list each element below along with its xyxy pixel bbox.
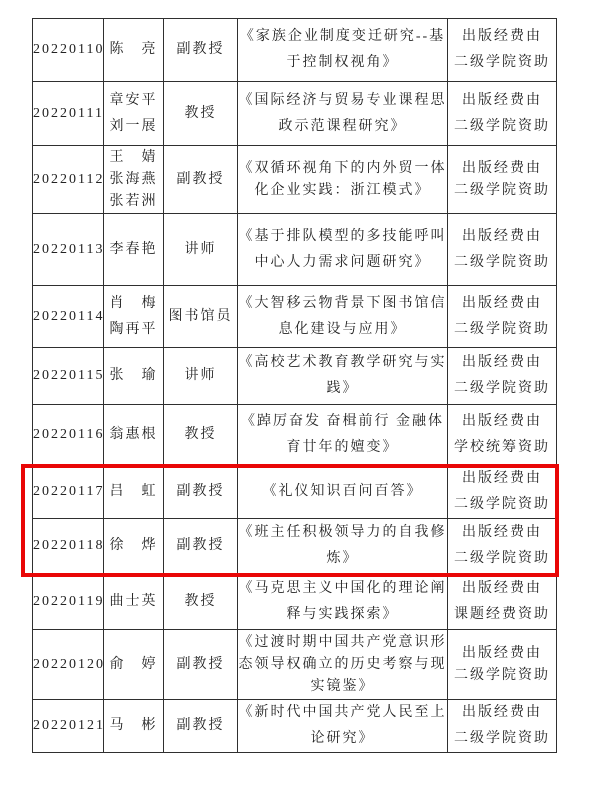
cell-funding-source: 出版经费由二级学院资助 [448, 19, 557, 82]
funding-source-line: 二级学院资助 [448, 114, 556, 140]
book-title-line: 释与实践探索》 [238, 602, 447, 628]
cell-serial-number: 20220112 [33, 146, 104, 214]
cell-serial-number: 20220119 [33, 574, 104, 630]
table-row: 20220112王 婧张海燕张若洲副教授《双循环视角下的内外贸一体化企业实践：浙… [33, 146, 557, 214]
book-title-line: 《高校艺术教育教学研究与实 [238, 350, 447, 376]
funding-source-line: 二级学院资助 [448, 317, 556, 343]
book-title-line: 践》 [238, 376, 447, 402]
document-page: 20220110陈 亮副教授《家族企业制度变迁研究--基于控制权视角》出版经费由… [0, 0, 593, 797]
book-title-line: 《过渡时期中国共产党意识形 [238, 632, 447, 654]
cell-author-rank: 教授 [164, 405, 238, 466]
book-title-line: 息化建设与应用》 [238, 317, 447, 343]
author-name-line: 章安平 [104, 88, 163, 114]
author-name-line: 张 瑜 [104, 363, 163, 389]
cell-author-rank: 图书馆员 [164, 286, 238, 348]
cell-author-name: 王 婧张海燕张若洲 [104, 146, 164, 214]
cell-author-rank: 教授 [164, 574, 238, 630]
cell-serial-number: 20220110 [33, 19, 104, 82]
author-name-line: 徐 烨 [104, 533, 163, 559]
cell-serial-number: 20220121 [33, 700, 104, 753]
book-title-line: 态领导权确立的历史考察与现 [238, 654, 447, 676]
cell-author-rank: 副教授 [164, 519, 238, 574]
table-row: 20220120俞 婷副教授《过渡时期中国共产党意识形态领导权确立的历史考察与现… [33, 630, 557, 700]
cell-author-rank: 讲师 [164, 348, 238, 405]
cell-book-title: 《基于排队模型的多技能呼叫中心人力需求问题研究》 [238, 214, 448, 286]
cell-serial-number: 20220113 [33, 214, 104, 286]
cell-serial-number: 20220111 [33, 82, 104, 146]
funding-source-line: 出版经费由 [448, 291, 556, 317]
book-title-line: 《双循环视角下的内外贸一体 [238, 158, 447, 180]
book-title-line: 炼》 [238, 546, 447, 572]
cell-funding-source: 出版经费由二级学院资助 [448, 82, 557, 146]
table-row: 20220115张 瑜讲师《高校艺术教育教学研究与实践》出版经费由二级学院资助 [33, 348, 557, 405]
funding-source-line: 出版经费由 [448, 350, 556, 376]
cell-book-title: 《家族企业制度变迁研究--基于控制权视角》 [238, 19, 448, 82]
cell-funding-source: 出版经费由二级学院资助 [448, 348, 557, 405]
book-title-line: 政示范课程研究》 [238, 114, 447, 140]
book-title-line: 化企业实践：浙江模式》 [238, 180, 447, 202]
cell-book-title: 《高校艺术教育教学研究与实践》 [238, 348, 448, 405]
funding-source-line: 二级学院资助 [448, 726, 556, 752]
cell-funding-source: 出版经费由二级学院资助 [448, 519, 557, 574]
cell-serial-number: 20220116 [33, 405, 104, 466]
cell-funding-source: 出版经费由二级学院资助 [448, 286, 557, 348]
author-name-line: 张海燕 [104, 169, 163, 191]
cell-serial-number: 20220115 [33, 348, 104, 405]
cell-author-name: 李春艳 [104, 214, 164, 286]
cell-serial-number: 20220114 [33, 286, 104, 348]
book-title-line: 于控制权视角》 [238, 50, 447, 76]
funding-source-line: 二级学院资助 [448, 665, 556, 687]
book-title-line: 《马克思主义中国化的理论阐 [238, 576, 447, 602]
author-name-line: 王 婧 [104, 147, 163, 169]
book-title-line: 《踔厉奋发 奋楫前行 金融体 [238, 409, 447, 435]
funding-source-line: 出版经费由 [448, 643, 556, 665]
author-name-line: 刘一展 [104, 114, 163, 140]
funding-source-line: 出版经费由 [448, 466, 556, 492]
funding-source-line: 出版经费由 [448, 576, 556, 602]
funding-source-line: 学校统筹资助 [448, 435, 556, 461]
cell-book-title: 《双循环视角下的内外贸一体化企业实践：浙江模式》 [238, 146, 448, 214]
cell-serial-number: 20220117 [33, 466, 104, 519]
cell-book-title: 《新时代中国共产党人民至上论研究》 [238, 700, 448, 753]
funding-source-line: 二级学院资助 [448, 546, 556, 572]
author-name-line: 张若洲 [104, 191, 163, 213]
book-title-line: 《新时代中国共产党人民至上 [238, 700, 447, 726]
cell-book-title: 《班主任积极领导力的自我修炼》 [238, 519, 448, 574]
book-title-line: 论研究》 [238, 726, 447, 752]
cell-book-title: 《国际经济与贸易专业课程思政示范课程研究》 [238, 82, 448, 146]
publications-table-body: 20220110陈 亮副教授《家族企业制度变迁研究--基于控制权视角》出版经费由… [33, 19, 557, 753]
author-name-line: 肖 梅 [104, 291, 163, 317]
book-title-line: 中心人力需求问题研究》 [238, 250, 447, 276]
cell-funding-source: 出版经费由二级学院资助 [448, 466, 557, 519]
cell-author-rank: 副教授 [164, 146, 238, 214]
cell-book-title: 《马克思主义中国化的理论阐释与实践探索》 [238, 574, 448, 630]
cell-author-name: 马 彬 [104, 700, 164, 753]
cell-funding-source: 出版经费由二级学院资助 [448, 146, 557, 214]
book-title-line: 《大智移云物背景下图书馆信 [238, 291, 447, 317]
cell-funding-source: 出版经费由二级学院资助 [448, 700, 557, 753]
author-name-line: 陶再平 [104, 317, 163, 343]
table-row: 20220114肖 梅陶再平图书馆员《大智移云物背景下图书馆信息化建设与应用》出… [33, 286, 557, 348]
funding-source-line: 课题经费资助 [448, 602, 556, 628]
publications-table: 20220110陈 亮副教授《家族企业制度变迁研究--基于控制权视角》出版经费由… [32, 18, 557, 753]
book-title-line: 实镜鉴》 [238, 676, 447, 698]
cell-funding-source: 出版经费由二级学院资助 [448, 630, 557, 700]
cell-author-name: 吕 虹 [104, 466, 164, 519]
cell-author-rank: 副教授 [164, 19, 238, 82]
cell-author-name: 章安平刘一展 [104, 82, 164, 146]
funding-source-line: 二级学院资助 [448, 50, 556, 76]
author-name-line: 陈 亮 [104, 37, 163, 63]
cell-author-name: 曲士英 [104, 574, 164, 630]
table-row: 20220119曲士英教授《马克思主义中国化的理论阐释与实践探索》出版经费由课题… [33, 574, 557, 630]
author-name-line: 马 彬 [104, 713, 163, 739]
cell-author-name: 徐 烨 [104, 519, 164, 574]
table-row: 20220111章安平刘一展教授《国际经济与贸易专业课程思政示范课程研究》出版经… [33, 82, 557, 146]
table-row: 20220121马 彬副教授《新时代中国共产党人民至上论研究》出版经费由二级学院… [33, 700, 557, 753]
funding-source-line: 二级学院资助 [448, 250, 556, 276]
funding-source-line: 出版经费由 [448, 158, 556, 180]
funding-source-line: 出版经费由 [448, 700, 556, 726]
funding-source-line: 出版经费由 [448, 409, 556, 435]
table-row: 20220118徐 烨副教授《班主任积极领导力的自我修炼》出版经费由二级学院资助 [33, 519, 557, 574]
cell-funding-source: 出版经费由二级学院资助 [448, 214, 557, 286]
cell-funding-source: 出版经费由课题经费资助 [448, 574, 557, 630]
funding-source-line: 出版经费由 [448, 88, 556, 114]
author-name-line: 翁惠根 [104, 422, 163, 448]
book-title-line: 《礼仪知识百问百答》 [238, 479, 447, 505]
cell-author-rank: 副教授 [164, 630, 238, 700]
cell-serial-number: 20220118 [33, 519, 104, 574]
book-title-line: 《基于排队模型的多技能呼叫 [238, 224, 447, 250]
cell-author-name: 陈 亮 [104, 19, 164, 82]
table-row: 20220117吕 虹副教授《礼仪知识百问百答》出版经费由二级学院资助 [33, 466, 557, 519]
cell-book-title: 《过渡时期中国共产党意识形态领导权确立的历史考察与现实镜鉴》 [238, 630, 448, 700]
cell-serial-number: 20220120 [33, 630, 104, 700]
cell-book-title: 《大智移云物背景下图书馆信息化建设与应用》 [238, 286, 448, 348]
funding-source-line: 出版经费由 [448, 224, 556, 250]
cell-author-name: 张 瑜 [104, 348, 164, 405]
book-title-line: 《班主任积极领导力的自我修 [238, 520, 447, 546]
book-title-line: 《家族企业制度变迁研究--基 [238, 24, 447, 50]
funding-source-line: 二级学院资助 [448, 492, 556, 518]
cell-author-rank: 教授 [164, 82, 238, 146]
cell-book-title: 《踔厉奋发 奋楫前行 金融体育廿年的嬗变》 [238, 405, 448, 466]
cell-author-rank: 副教授 [164, 466, 238, 519]
cell-author-rank: 讲师 [164, 214, 238, 286]
cell-author-name: 肖 梅陶再平 [104, 286, 164, 348]
book-title-line: 《国际经济与贸易专业课程思 [238, 88, 447, 114]
author-name-line: 曲士英 [104, 589, 163, 615]
funding-source-line: 出版经费由 [448, 520, 556, 546]
cell-author-name: 翁惠根 [104, 405, 164, 466]
cell-author-name: 俞 婷 [104, 630, 164, 700]
cell-author-rank: 副教授 [164, 700, 238, 753]
table-row: 20220110陈 亮副教授《家族企业制度变迁研究--基于控制权视角》出版经费由… [33, 19, 557, 82]
author-name-line: 李春艳 [104, 237, 163, 263]
author-name-line: 俞 婷 [104, 654, 163, 676]
cell-book-title: 《礼仪知识百问百答》 [238, 466, 448, 519]
table-row: 20220113李春艳讲师《基于排队模型的多技能呼叫中心人力需求问题研究》出版经… [33, 214, 557, 286]
table-row: 20220116翁惠根教授《踔厉奋发 奋楫前行 金融体育廿年的嬗变》出版经费由学… [33, 405, 557, 466]
funding-source-line: 出版经费由 [448, 24, 556, 50]
author-name-line: 吕 虹 [104, 479, 163, 505]
cell-funding-source: 出版经费由学校统筹资助 [448, 405, 557, 466]
funding-source-line: 二级学院资助 [448, 180, 556, 202]
funding-source-line: 二级学院资助 [448, 376, 556, 402]
book-title-line: 育廿年的嬗变》 [238, 435, 447, 461]
